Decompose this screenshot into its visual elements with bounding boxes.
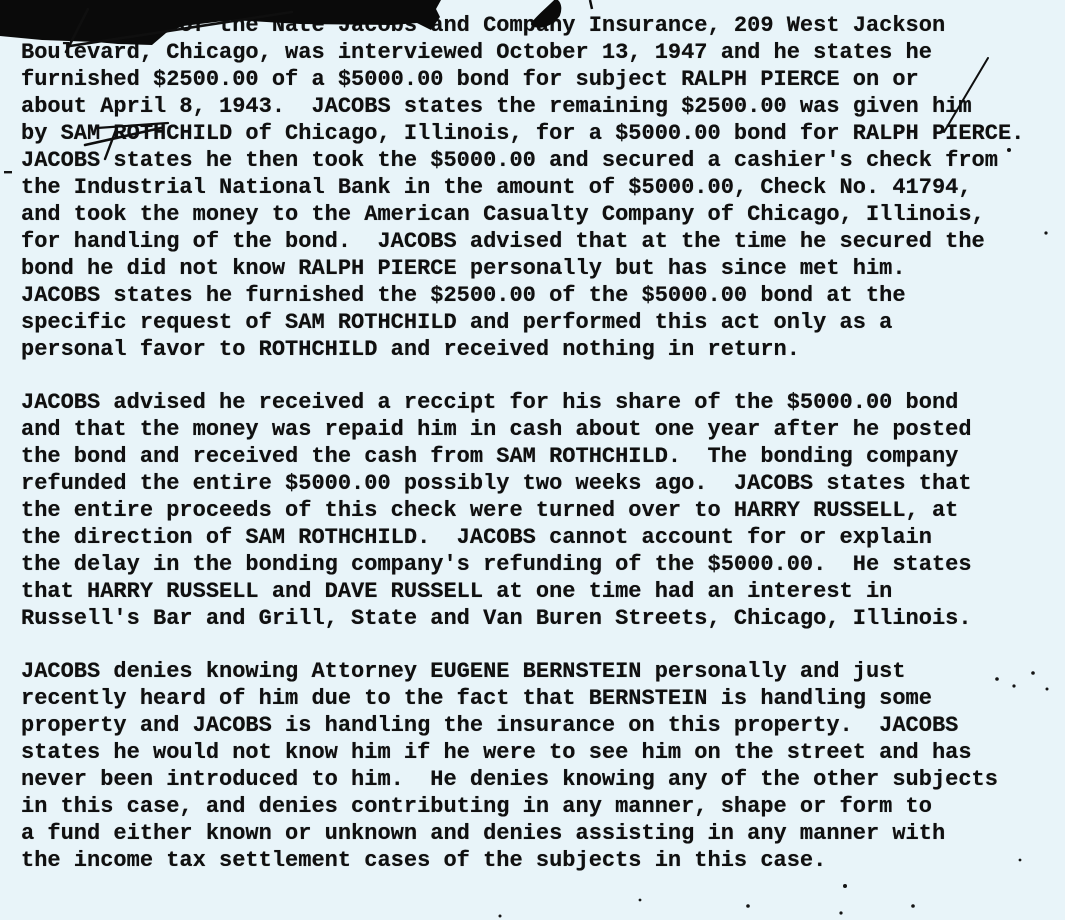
text-line: specific request of SAM ROTHCHILD and pe… [21, 309, 1061, 336]
paragraph-2: JACOBS advised he received a reccipt for… [21, 389, 1061, 632]
text-line: bond he did not know RALPH PIERCE person… [21, 255, 1061, 282]
text-line: about April 8, 1943. JACOBS states the r… [21, 93, 1061, 120]
document-page: NATE JACOBS of the Nate Jacobs and Compa… [0, 0, 1065, 920]
text-line: the income tax settlement cases of the s… [21, 847, 1061, 874]
text-line: recently heard of him due to the fact th… [21, 685, 1061, 712]
text-line: the entire proceeds of this check were t… [21, 497, 1061, 524]
text-line: personal favor to ROTHCHILD and received… [21, 336, 1061, 363]
paragraph-3: JACOBS denies knowing Attorney EUGENE BE… [21, 658, 1061, 874]
text-line: furnished $2500.00 of a $5000.00 bond fo… [21, 66, 1061, 93]
text-line: NATE JACOBS of the Nate Jacobs and Compa… [21, 12, 1061, 39]
text-line: the delay in the bonding company's refun… [21, 551, 1061, 578]
text-line: states he would not know him if he were … [21, 739, 1061, 766]
text-line: JACOBS denies knowing Attorney EUGENE BE… [21, 658, 1061, 685]
text-line: JACOBS advised he received a reccipt for… [21, 389, 1061, 416]
text-line: the direction of SAM ROTHCHILD. JACOBS c… [21, 524, 1061, 551]
text-line: Russell's Bar and Grill, State and Van B… [21, 605, 1061, 632]
text-line: and that the money was repaid him in cas… [21, 416, 1061, 443]
text-line: for handling of the bond. JACOBS advised… [21, 228, 1061, 255]
paragraph-1: NATE JACOBS of the Nate Jacobs and Compa… [21, 12, 1061, 363]
text-line: a fund either known or unknown and denie… [21, 820, 1061, 847]
text-line: and took the money to the American Casua… [21, 201, 1061, 228]
text-line: in this case, and denies contributing in… [21, 793, 1061, 820]
text-line: Boulevard, Chicago, was interviewed Octo… [21, 39, 1061, 66]
text-line: that HARRY RUSSELL and DAVE RUSSELL at o… [21, 578, 1061, 605]
document-body: NATE JACOBS of the Nate Jacobs and Compa… [21, 12, 1061, 900]
text-line: by SAM ROTHCHILD of Chicago, Illinois, f… [21, 120, 1061, 147]
text-line: never been introduced to him. He denies … [21, 766, 1061, 793]
text-line: JACOBS states he then took the $5000.00 … [21, 147, 1061, 174]
text-line: refunded the entire $5000.00 possibly tw… [21, 470, 1061, 497]
text-line: property and JACOBS is handling the insu… [21, 712, 1061, 739]
text-line: JACOBS states he furnished the $2500.00 … [21, 282, 1061, 309]
text-line: the bond and received the cash from SAM … [21, 443, 1061, 470]
text-line: the Industrial National Bank in the amou… [21, 174, 1061, 201]
pen-tick [590, 0, 592, 9]
